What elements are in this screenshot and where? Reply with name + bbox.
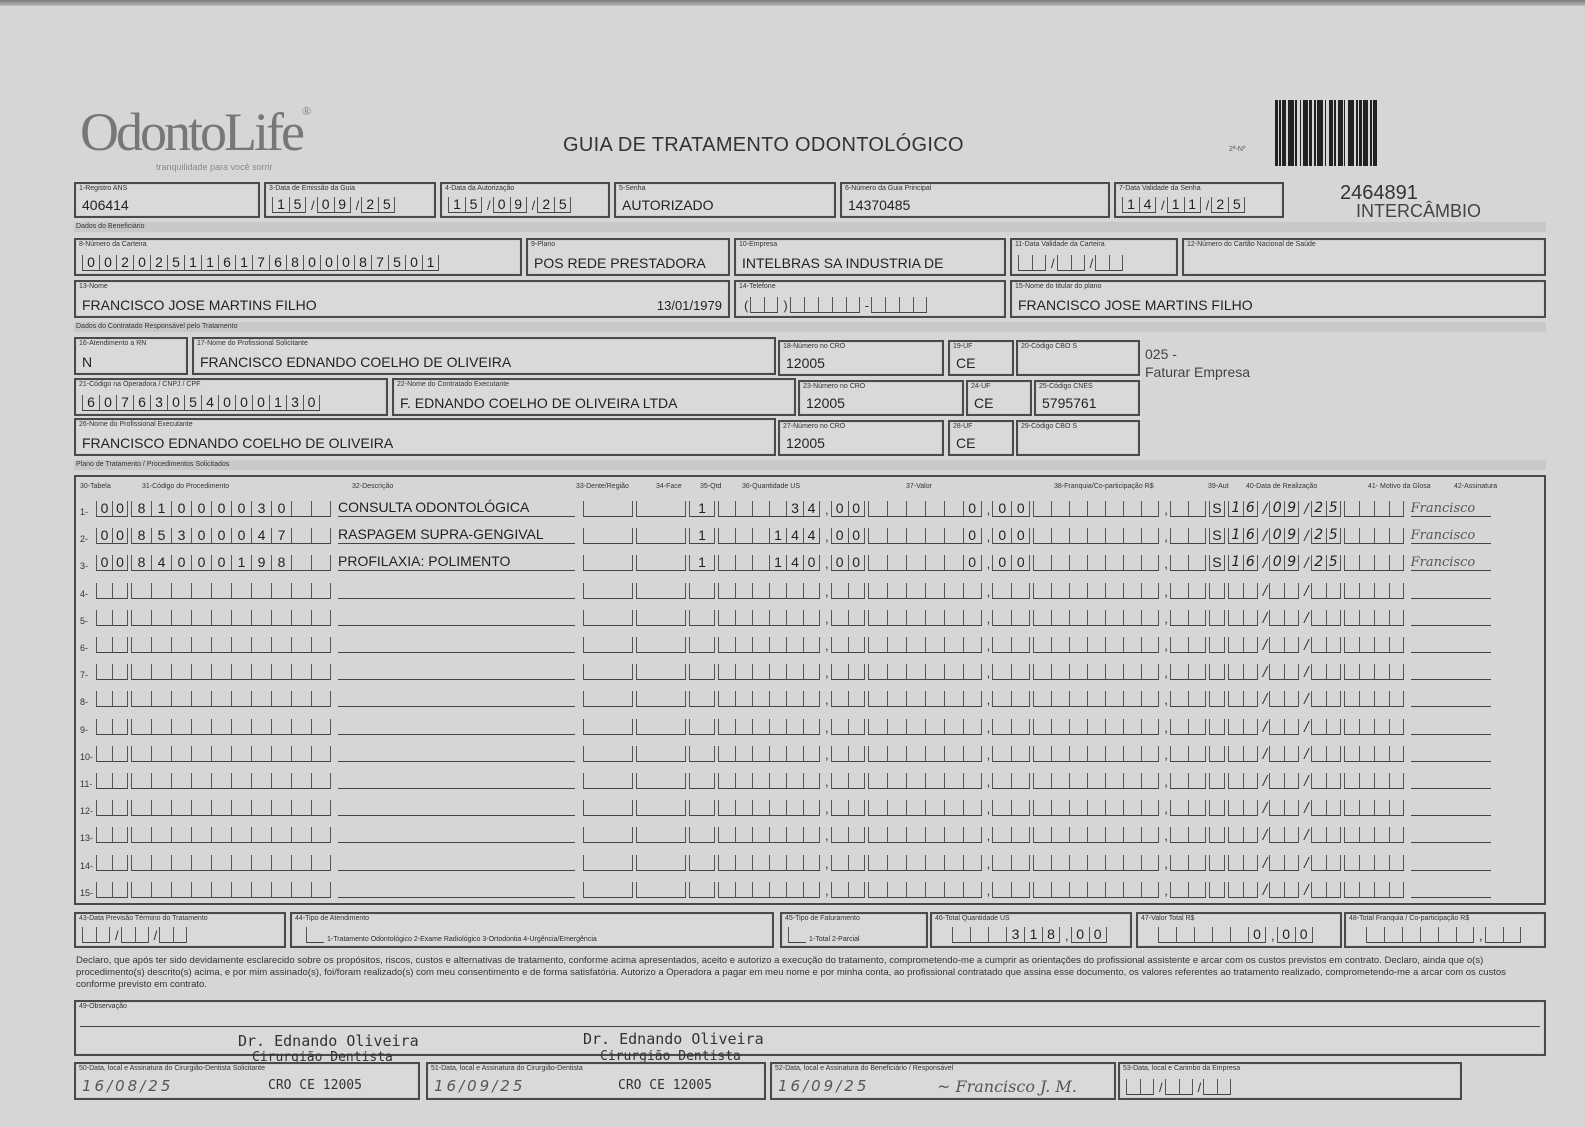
digit-cell [1033,773,1051,789]
digit-cell: 3 [1006,927,1024,943]
row-number: 8- [80,697,96,707]
signature-cell: Francisco [1411,501,1491,517]
cell-group [96,827,128,843]
procedure-row[interactable]: 6-,,,// [80,633,1491,653]
field-uf-profissional[interactable]: 28-UF CE [948,420,1014,456]
separator: / [1263,883,1267,898]
field-label: 19-UF [953,343,972,350]
cell-group [131,610,331,626]
digit-cell: 8 [1042,927,1060,943]
field-value: CE [956,355,975,371]
field-codigo-operadora[interactable]: 21-Código na Operadora / CNPJ / CPF 6076… [74,378,388,416]
cell-group [1033,501,1159,517]
digit-cell [1123,555,1141,571]
field-assinatura-solicitante[interactable]: 50-Data, local e Assinatura do Cirurgião… [74,1062,420,1100]
cell-group [1311,719,1341,735]
digit-cell: 2 [361,197,378,213]
digit-cell [848,691,865,707]
digit-cell [1326,719,1341,735]
digit-cell: 3 [150,395,167,411]
cell-group [583,664,633,680]
col-header-qtd: 35-Qtd [700,483,721,490]
separator: , [1164,883,1168,898]
digit-cell [718,827,735,843]
signature-cell [1411,870,1491,871]
separator: , [825,774,829,789]
digit-cell: 0 [96,555,112,571]
digit-cell: 0 [963,528,982,544]
procedure-row[interactable]: 14-,,,// [80,851,1491,871]
field-uf-solicitante[interactable]: 19-UF CE [948,340,1014,376]
money-cells: 318,00 [952,927,1110,943]
digit-cell [1033,637,1051,653]
digit-cell [803,583,820,599]
digit-cell [96,746,112,762]
digit-cell [944,610,963,626]
cell-group: 00 [992,555,1030,571]
cell-group [689,746,715,762]
odontolife-logo: OdontoLife® [80,105,308,159]
digit-cell [1032,255,1046,271]
digit-cell: 0 [133,255,150,271]
digit-cell [1209,827,1225,843]
digit-cell [1011,691,1030,707]
digit-cell [1170,555,1188,571]
digit-cell [718,637,735,653]
digit-cell [718,555,735,571]
cell-group [718,773,820,789]
field-value: FRANCISCO JOSE MARTINS FILHO [1018,297,1253,313]
billing-note: 025 - Faturar Empresa [1145,345,1250,381]
digit-cell [191,610,211,626]
digit-cell [1123,501,1141,517]
cell-group [1033,882,1159,898]
digit-cell [1374,528,1389,544]
field-label: 26-Nome do Profissional Executante [79,421,193,428]
digit-cell [112,637,128,653]
cell-group: 14 [1122,197,1156,213]
digit-cell [311,827,331,843]
digit-cell: 4 [786,555,803,571]
digit-cell: 0 [112,555,128,571]
digit-cell [1311,719,1326,735]
digit-cell [191,691,211,707]
cell-group: 60763054000130 [82,395,320,411]
cell-group [1033,827,1159,843]
field-cbo-profissional[interactable]: 29-Código CBO S [1016,420,1140,456]
separator: / [1263,556,1267,571]
digit-cell: 5 [465,197,482,213]
separator: , [987,556,991,571]
separator: , [987,720,991,735]
separator: , [987,801,991,816]
checkbox-cell[interactable] [788,927,806,943]
digit-cell [868,691,887,707]
signature-cell [1411,598,1491,599]
cell-group [1170,637,1206,653]
field-cro-solicitante[interactable]: 18-Número no CRO 12005 [778,340,944,376]
separator: - [865,298,869,313]
digit-cell [735,610,752,626]
digit-cell [831,664,848,680]
field-assinatura-beneficiario[interactable]: 52-Data, local e Assinatura do Beneficiá… [770,1062,1116,1100]
cell-group [1269,827,1299,843]
digit-cell [211,855,231,871]
cell-group [1344,827,1404,843]
separator: , [1164,747,1168,762]
field-validade-senha[interactable]: 7-Data Validade da Senha 14/11/25 [1114,182,1284,218]
cell-group [1170,664,1206,680]
col-header-data-realizacao: 40-Data de Realização [1246,483,1317,490]
digit-cell [1284,773,1299,789]
digit-cell: 0 [1269,501,1284,517]
digit-cell [786,773,803,789]
digit-cell [1344,773,1359,789]
field-value: INTELBRAS SA INDUSTRIA DE [742,255,944,271]
cell-group: 00 [831,528,865,544]
digit-cell [887,773,906,789]
handwritten-date: 16/09/25 [778,1077,869,1095]
data-realizacao: // [1228,773,1344,789]
field-total-franquia[interactable]: 48-Total Franquia / Co-participação R$ , [1344,912,1546,948]
digit-cell [1105,610,1123,626]
digit-cell [1087,610,1105,626]
procedure-row[interactable]: 15-,,,// [80,878,1491,898]
cell-group [636,610,686,626]
cell-group [831,719,865,735]
cell-group [1228,583,1258,599]
cell-group [718,610,820,626]
separator: , [1164,638,1168,653]
procedure-row[interactable]: 13-,,,// [80,823,1491,843]
cell-group [1269,855,1299,871]
digit-cell [191,855,211,871]
procedure-row[interactable]: 1-0081000030CONSULTA ODONTOLÓGICA134,000… [80,497,1491,517]
separator: / [1304,692,1308,707]
procedure-row[interactable]: 5-,,,// [80,606,1491,626]
field-tipo-atendimento[interactable]: 44-Tipo de Atendimento 1-Tratamento Odon… [290,912,774,948]
field-cro-profissional[interactable]: 27-Número no CRO 12005 [778,420,944,456]
digit-cell: 4 [251,528,271,544]
field-cro-executante[interactable]: 23-Número no CRO 12005 [798,380,964,416]
procedure-row[interactable]: 9-,,,// [80,715,1491,735]
digit-cell [1389,555,1404,571]
birth-date: 13/01/1979 [657,298,722,313]
digit-cell [1243,664,1258,680]
digit-cell: 4 [1139,197,1156,213]
field-profissional-executante[interactable]: 26-Nome do Profissional Executante FRANC… [74,418,776,456]
data-realizacao: // [1228,664,1344,680]
digit-cell: 0 [320,255,337,271]
money-cells: 0,00 [1158,927,1316,943]
digit-cell [1123,827,1141,843]
digit-cell [1105,691,1123,707]
digit-cell [887,882,906,898]
cell-group [689,773,715,789]
digit-cell [1051,882,1069,898]
digit-cell [1165,1079,1179,1095]
field-value: CE [974,395,993,411]
digit-cell [583,501,633,517]
separator: / [1263,611,1267,626]
digit-cell [718,882,735,898]
procedure-row[interactable]: 2-0085300047RASPAGEM SUPRA-GENGIVAL1144,… [80,524,1491,544]
digit-cell [1069,691,1087,707]
digit-cell [868,637,887,653]
digit-cell [311,691,331,707]
digit-cell [271,664,291,680]
cell-group [1269,637,1299,653]
digit-cell [1374,719,1389,735]
field-carteira[interactable]: 8-Número da Carteira 0020251161768000875… [74,238,522,276]
digit-cell [1311,691,1326,707]
separator: / [1304,720,1308,735]
field-solicitante[interactable]: 17-Nome do Profissional Solicitante FRAN… [192,337,776,375]
digit-cell [1123,583,1141,599]
field-nome[interactable]: 13-Nome FRANCISCO JOSE MARTINS FILHO 13/… [74,280,730,318]
cell-group [1033,773,1159,789]
field-guia-principal[interactable]: 6-Número da Guia Principal 14370485 [840,182,1110,218]
cell-group [1209,719,1225,735]
cell-group [583,555,633,571]
digit-cell: 9 [1284,501,1299,517]
digit-cell [1033,555,1051,571]
digit-cell [887,664,906,680]
signature-cell [1411,761,1491,762]
digit-cell [1095,255,1109,271]
digit-cell [1141,773,1159,789]
field-carimbo-empresa[interactable]: 53-Data, local e Carimbo da Empresa // [1118,1062,1462,1100]
cell-group [1269,773,1299,789]
separator: / [311,198,315,213]
cell-group [831,691,865,707]
separator: / [1263,801,1267,816]
signature-cell [1411,679,1491,680]
digit-cell [925,746,944,762]
field-data-emissao[interactable]: 3-Data de Emissão da Guia 15/09/25 [264,182,436,218]
digit-cell [1105,800,1123,816]
procedure-row[interactable]: 8-,,,// [80,687,1491,707]
digit-cell [963,583,982,599]
digit-cell [689,610,715,626]
cell-group [1344,664,1404,680]
field-assinatura-executante[interactable]: 51-Data, local e Assinatura do Cirurgião… [426,1062,766,1100]
digit-cell [1188,555,1206,571]
digit-cell [992,773,1011,789]
digit-cell [1141,827,1159,843]
cell-group: 15 [448,197,482,213]
field-senha[interactable]: 5-Senha AUTORIZADO [614,182,836,218]
field-label: 53-Data, local e Carimbo da Empresa [1123,1065,1240,1072]
cell-group [831,827,865,843]
digit-cell [944,882,963,898]
cell-group [992,855,1030,871]
digit-cell [1105,882,1123,898]
digit-cell: 1 [201,255,218,271]
digit-cell: 5 [1326,501,1341,517]
digit-cell [636,773,686,789]
digit-cell [1179,1079,1193,1095]
digit-cell [913,297,927,313]
procedure-row[interactable]: 7-,,,// [80,660,1491,680]
field-validade-carteira[interactable]: 11-Data Validade da Carteira // [1010,238,1178,276]
digit-cell [831,773,848,789]
cell-group [992,827,1030,843]
digit-cell [769,501,786,517]
procedure-row[interactable]: 11-,,,// [80,769,1491,789]
field-label: 11-Data Validade da Carteira [1015,241,1105,248]
digit-cell: 1 [448,197,465,213]
separator: / [1159,1080,1163,1095]
digit-cell [1188,501,1206,517]
field-valor-total[interactable]: 47-Valor Total R$ 0,00 [1136,912,1342,948]
field-cbo-solicitante[interactable]: 20-Código CBO S [1016,340,1140,376]
digit-cell [1141,719,1159,735]
cell-group [96,637,128,653]
cell-group: 318 [952,927,1060,943]
field-label: 46-Total Quantidade US [935,915,1010,922]
guide-number: 2464891 [1340,183,1418,203]
digit-cell [271,610,291,626]
cell-group [831,583,865,599]
digit-cell: 0 [112,501,128,517]
date-cells: // [82,927,190,943]
digit-cell [583,855,633,871]
field-uf-executante[interactable]: 24-UF CE [966,380,1032,416]
digit-cell [848,827,865,843]
digit-cell [735,773,752,789]
row-number: 1- [80,507,96,517]
digit-cell [1374,555,1389,571]
digit-cell: 5 [1228,197,1245,213]
procedure-description [338,771,575,789]
digit-cell [191,664,211,680]
digit-cell [583,773,633,789]
field-data-autorizacao[interactable]: 4-Data da Autorização 15/09/25 [440,182,610,218]
cell-group [1170,719,1206,735]
procedure-row[interactable]: 12-,,,// [80,796,1491,816]
cell-group: 00 [992,528,1030,544]
separator: / [1263,692,1267,707]
digit-cell [963,691,982,707]
digit-cell [952,927,970,943]
options-text: 1-Total 2-Parcial [809,936,860,943]
cro-stamp: CRO CE 12005 [268,1078,362,1093]
digit-cell [1243,610,1258,626]
digit-cell [1057,255,1071,271]
digit-cell [1105,637,1123,653]
cell-group [1344,719,1404,735]
field-cns[interactable]: 12-Número do Cartão Nacional de Saúde [1182,238,1546,276]
procedure-row[interactable]: 10-,,,// [80,742,1491,762]
separator: / [1304,665,1308,680]
guide-type: INTERCÂMBIO [1356,201,1481,222]
digit-cell [1033,664,1051,680]
cell-group [636,800,686,816]
digit-cell [1123,855,1141,871]
digit-cell [1284,719,1299,735]
field-contratado-executante[interactable]: 22-Nome do Contratado Executante F. EDNA… [392,378,796,416]
separator: / [1051,256,1055,271]
col-header-valor: 37-Valor [906,483,932,490]
digit-cell [1141,800,1159,816]
cell-group [1209,827,1225,843]
digit-cell [887,827,906,843]
procedure-row[interactable]: 3-0084000198PROFILAXIA: POLIMENTO1140,00… [80,551,1491,571]
digit-cell [992,664,1011,680]
digit-cell [1359,773,1374,789]
page-title: GUIA DE TRATAMENTO ODONTOLÓGICO [563,134,964,157]
digit-cell [173,927,187,943]
digit-cell [735,855,752,871]
digit-cell [251,610,271,626]
digit-cell [689,855,715,871]
procedure-row[interactable]: 4-,,,// [80,579,1491,599]
field-registro-ans[interactable]: 1-Registro ANS 406414 [74,182,260,218]
field-titular[interactable]: 15-Nome do titular do plano FRANCISCO JO… [1010,280,1546,318]
digit-cell [311,528,331,544]
separator: , [825,883,829,898]
cell-group [96,719,128,735]
field-total-us[interactable]: 46-Total Quantidade US 318,00 [930,912,1132,948]
separator: / [532,198,536,213]
checkbox-cell[interactable] [306,927,324,943]
digit-cell [970,927,988,943]
cell-group: 16 [1228,528,1258,544]
digit-cell [848,583,865,599]
digit-cell [786,610,803,626]
money-cells: , [1366,927,1524,943]
digit-cell [1071,255,1085,271]
field-tipo-faturamento[interactable]: 45-Tipo de Faturamento 1-Total 2-Parcial [780,912,928,948]
digit-cell [1438,927,1456,943]
field-plano[interactable]: 9-Plano POS REDE PRESTADORA [526,238,730,276]
digit-cell [944,555,963,571]
digit-cell [1243,800,1258,816]
digit-cell [718,610,735,626]
field-telefone[interactable]: 14-Telefone ()- [734,280,1006,318]
digit-cell [735,882,752,898]
field-empresa[interactable]: 10-Empresa INTELBRAS SA INDUSTRIA DE [734,238,1006,276]
digit-cell [1389,855,1404,871]
cell-group [1344,501,1404,517]
digit-cell [689,583,715,599]
digit-cell [1230,927,1248,943]
cell-group: 15 [272,197,306,213]
digit-cell [583,719,633,735]
digit-cell [1158,927,1176,943]
field-previsao-termino[interactable]: 43-Data Previsão Término do Tratamento /… [74,912,286,948]
digit-cell [159,927,173,943]
digit-cell [231,827,251,843]
cell-group: 25 [361,197,395,213]
digit-cell [1141,691,1159,707]
cell-group [868,746,982,762]
digit-cell [1209,691,1225,707]
field-cnes[interactable]: 25-Código CNES 5795761 [1034,380,1140,416]
digit-cell [925,691,944,707]
procedure-description [338,744,575,762]
separator: / [1263,720,1267,735]
field-atendimento-rn[interactable]: 16-Atendimento a RN N [74,337,188,375]
digit-cell: 1 [422,255,439,271]
col-header-descricao: 32-Descrição [352,483,393,490]
separator: ( [744,298,748,313]
digit-cell [231,610,251,626]
digit-cell [583,800,633,816]
cell-group [1228,637,1258,653]
digit-cell [112,773,128,789]
